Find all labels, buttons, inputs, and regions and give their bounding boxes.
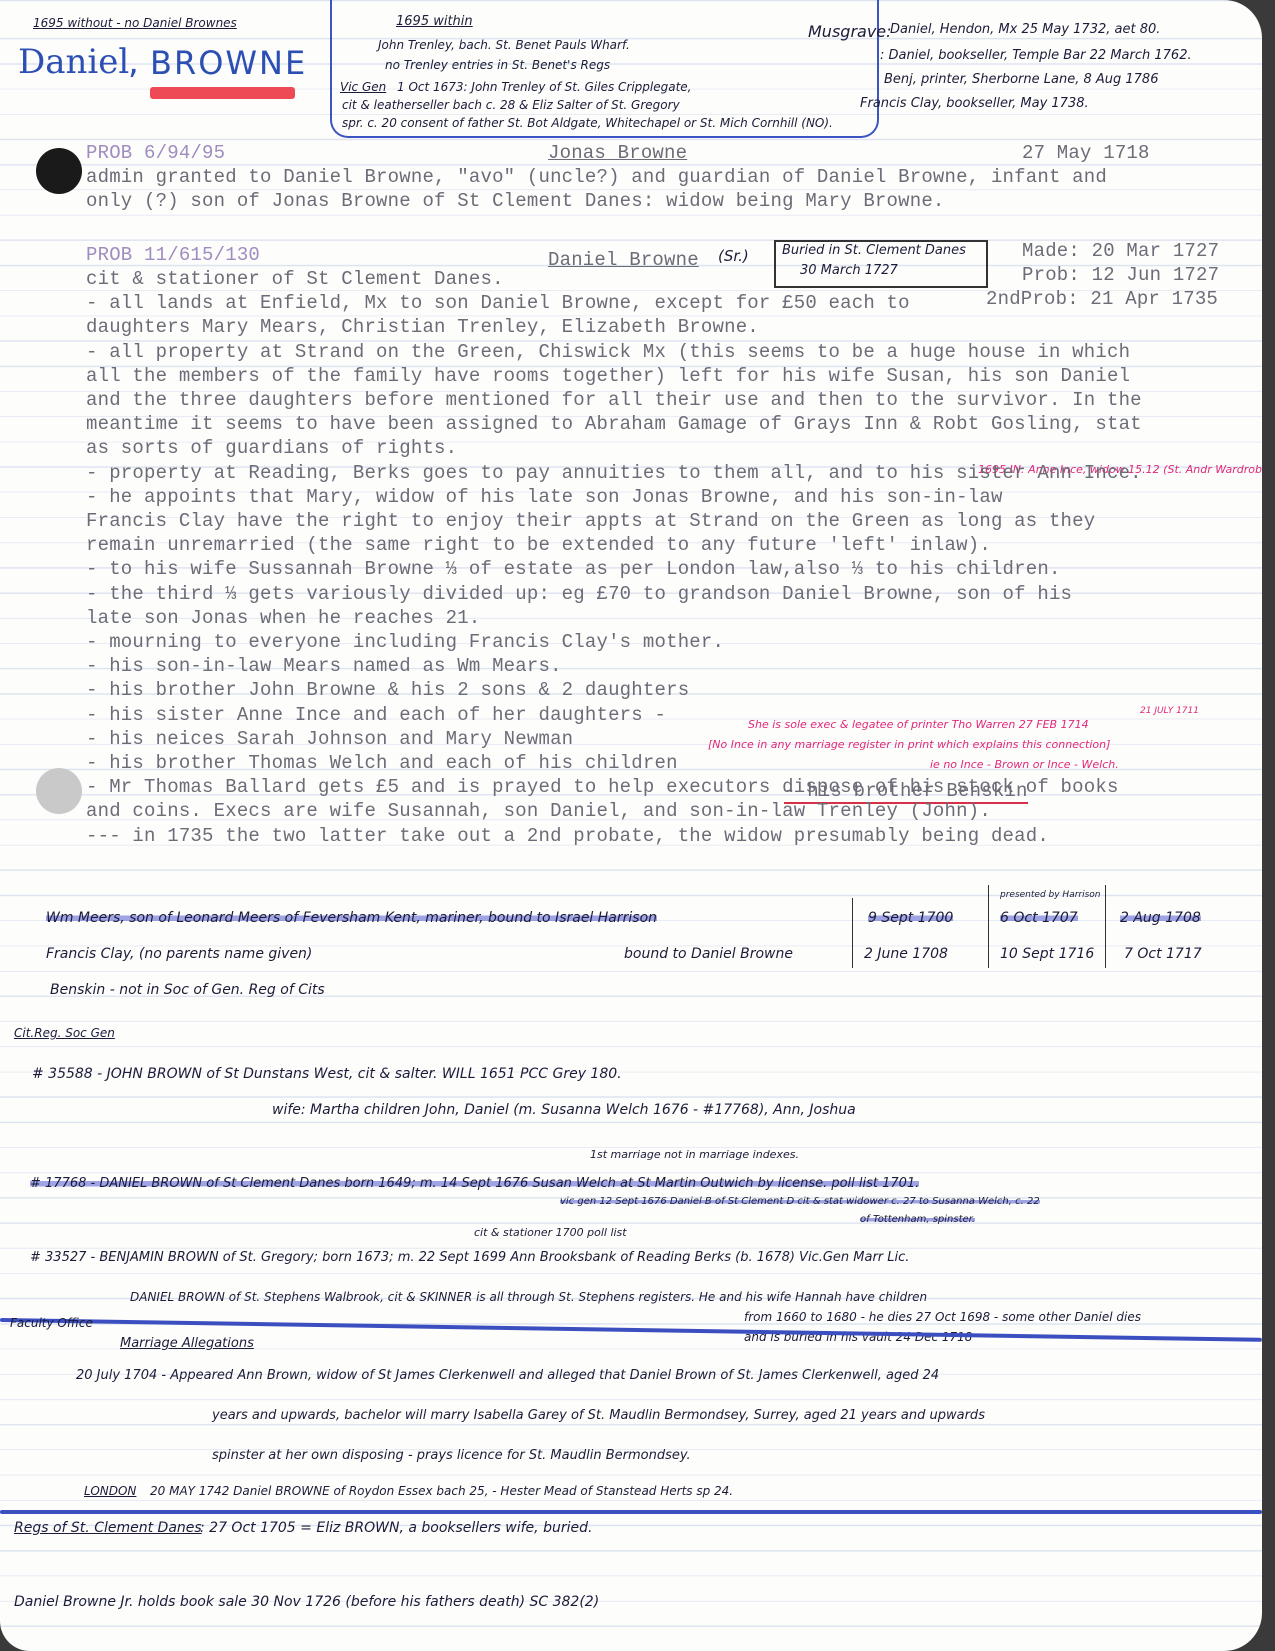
will-line: daughters Mary Mears, Christian Trenley,… <box>86 316 759 338</box>
prob-line: only (?) son of Jonas Browne of St Cleme… <box>86 190 945 212</box>
top-note: 1695 without - no Daniel Brownes <box>33 16 237 30</box>
will-line: - all property at Strand on the Green, C… <box>86 341 1130 363</box>
box-note-line: no Trenley entries in St. Benet's Regs <box>385 58 610 72</box>
faculty-heading: Marriage Allegations <box>120 1336 254 1351</box>
first-name: Daniel <box>18 42 129 82</box>
box-note-line: cit & leatherseller bach c. 28 & Eliz Sa… <box>342 98 680 112</box>
will-line: as sorts of guardians of rights. <box>86 437 457 459</box>
musgrave-entry: Benj, printer, Sherborne Lane, 8 Aug 178… <box>884 72 1158 87</box>
apprentice-name: Wm Meers, son of Leonard Meers of Fevers… <box>46 910 657 926</box>
notebook-page: 1695 without - no Daniel Brownes Daniel … <box>0 0 1262 1651</box>
will-line: - his brother Thomas Welch and each of h… <box>86 752 678 774</box>
apprentice-freed: 6 Oct 1707 <box>1000 910 1078 926</box>
column-divider <box>988 885 989 968</box>
will-line: and the three daughters before mentioned… <box>86 389 1142 411</box>
freed-note: presented by Harrison <box>1000 890 1101 900</box>
apprentice-master: bound to Daniel Browne <box>624 946 793 962</box>
punch-hole <box>36 148 82 194</box>
citreg-entry: # 17768 - DANIEL BROWN of St Clement Dan… <box>30 1176 919 1191</box>
apprentice-livery: 7 Oct 1717 <box>1124 946 1202 962</box>
musgrave-label: Musgrave: <box>808 22 892 41</box>
faculty-line: spinster at her own disposing - prays li… <box>212 1448 691 1463</box>
will-line: - property at Reading, Berks goes to pay… <box>86 462 1142 484</box>
will-line: remain unremarried (the same right to be… <box>86 534 991 556</box>
will-line: - all lands at Enfield, Mx to son Daniel… <box>86 292 910 314</box>
footer-line: Daniel Browne Jr. holds book sale 30 Nov… <box>14 1594 599 1610</box>
prob-name: Daniel Browne <box>548 249 699 271</box>
benskin-line: Benskin - not in Soc of Gen. Reg of Cits <box>50 982 325 998</box>
faculty-line: 20 July 1704 - Appeared Ann Brown, widow… <box>76 1368 939 1383</box>
citreg-sub: of Tottenham, spinster. <box>860 1214 975 1225</box>
will-line: - the third ⅓ gets variously divided up:… <box>86 583 1072 605</box>
will-line: - to his wife Sussannah Browne ⅓ of esta… <box>86 558 1061 580</box>
musgrave-entry: Francis Clay, bookseller, May 1738. <box>860 96 1089 111</box>
column-divider <box>852 898 853 968</box>
box-note-line: John Trenley, bach. St. Benet Pauls Whar… <box>378 38 630 52</box>
prob-ref: PROB 6/94/95 <box>86 142 225 164</box>
prob-line: admin granted to Daniel Browne, "avo" (u… <box>86 166 1107 188</box>
will-line: - his neices Sarah Johnson and Mary Newm… <box>86 728 573 750</box>
red-note-date: 21 JULY 1711 <box>1140 706 1199 716</box>
will-line: - his sister Anne Ince and each of her d… <box>86 704 666 726</box>
apprentice-name: Francis Clay, (no parents name given) <box>46 946 312 962</box>
will-line: --- in 1735 the two latter take out a 2n… <box>86 825 1049 847</box>
name-suffix: (Sr.) <box>718 247 749 265</box>
citreg-sub: wife: Martha children John, Daniel (m. S… <box>272 1102 856 1118</box>
will-line: meantime it seems to have been assigned … <box>86 413 1142 435</box>
prob-name: Jonas Browne <box>548 142 687 164</box>
apprentice-freed: 10 Sept 1716 <box>1000 946 1094 962</box>
citreg-heading: Cit.Reg. Soc Gen <box>14 1026 115 1040</box>
will-line: Francis Clay have the right to enjoy the… <box>86 510 1095 532</box>
box-note-line: 1 Oct 1673: John Trenley of St. Giles Cr… <box>397 80 692 94</box>
citreg-sub: from 1660 to 1680 - he dies 27 Oct 1698 … <box>744 1310 1141 1324</box>
citreg-above: 1st marriage not in marriage indexes. <box>590 1148 799 1161</box>
musgrave-entry: : Daniel, bookseller, Temple Bar 22 Marc… <box>880 48 1192 63</box>
regs-text: : 27 Oct 1705 = Eliz BROWN, a bookseller… <box>200 1520 592 1536</box>
apprentice-bound: 2 June 1708 <box>864 946 948 962</box>
column-divider <box>1105 885 1106 968</box>
will-line: - Mr Thomas Ballard gets £5 and is praye… <box>86 776 1119 798</box>
vic-gen-label: Vic Gen <box>340 80 386 94</box>
citreg-entry: # 33527 - BENJAMIN BROWN of St. Gregory;… <box>30 1250 909 1265</box>
section-rule <box>0 1510 1262 1514</box>
citreg-entry: # 35588 - JOHN BROWN of St Dunstans West… <box>32 1066 622 1082</box>
red-note: She is sole exec & legatee of printer Th… <box>748 718 1089 731</box>
will-line: all the members of the family have rooms… <box>86 365 1130 387</box>
red-note: [No Ince in any marriage register in pri… <box>708 738 1110 751</box>
comma: , <box>128 42 139 82</box>
red-note: ie no Ince - Brown or Ince - Welch. <box>930 758 1119 771</box>
apprentice-bound: 9 Sept 1700 <box>868 910 953 926</box>
citreg-entry: DANIEL BROWN of St. Stephens Walbrook, c… <box>130 1290 927 1304</box>
musgrave-entry: Daniel, Hendon, Mx 25 May 1732, aet 80. <box>890 22 1160 37</box>
will-line: - he appoints that Mary, widow of his la… <box>86 486 1003 508</box>
will-line: - his brother John Browne & his 2 sons &… <box>86 679 689 701</box>
london-label: LONDON <box>84 1484 136 1498</box>
citreg-sub: vic gen 12 Sept 1676 Daniel B of St Clem… <box>560 1196 1040 1207</box>
london-line: 20 MAY 1742 Daniel BROWNE of Roydon Esse… <box>150 1484 733 1498</box>
made-date: Made: 20 Mar 1727 <box>1022 240 1219 262</box>
surname-highlight <box>150 87 295 99</box>
surname: BROWNE <box>150 44 307 82</box>
will-line: - his son-in-law Mears named as Wm Mears… <box>86 655 562 677</box>
prob-date: 27 May 1718 <box>1022 142 1150 164</box>
box-note-line: spr. c. 20 consent of father St. Bot Ald… <box>342 116 833 130</box>
citreg-above: cit & stationer 1700 poll list <box>474 1226 627 1239</box>
burial-note: Buried in St. Clement Danes <box>782 243 966 258</box>
box-note-title: 1695 within <box>396 14 473 29</box>
will-line: - mourning to everyone including Francis… <box>86 631 724 653</box>
burial-note: 30 March 1727 <box>800 263 898 278</box>
regs-label: Regs of St. Clement Danes <box>14 1520 202 1536</box>
will-line: cit & stationer of St Clement Danes. <box>86 268 504 290</box>
faculty-line: years and upwards, bachelor will marry I… <box>212 1408 985 1423</box>
faculty-heading-top: Faculty Office <box>10 1316 93 1330</box>
prob-ref: PROB 11/615/130 <box>86 244 260 266</box>
prob2nd-date: 2ndProb: 21 Apr 1735 <box>986 288 1218 310</box>
prob-date: Prob: 12 Jun 1727 <box>1022 264 1219 286</box>
will-line: late son Jonas when he reaches 21. <box>86 607 480 629</box>
apprentice-livery: 2 Aug 1708 <box>1120 910 1201 926</box>
punch-hole <box>36 768 82 814</box>
will-line: and coins. Execs are wife Susannah, son … <box>86 800 991 822</box>
